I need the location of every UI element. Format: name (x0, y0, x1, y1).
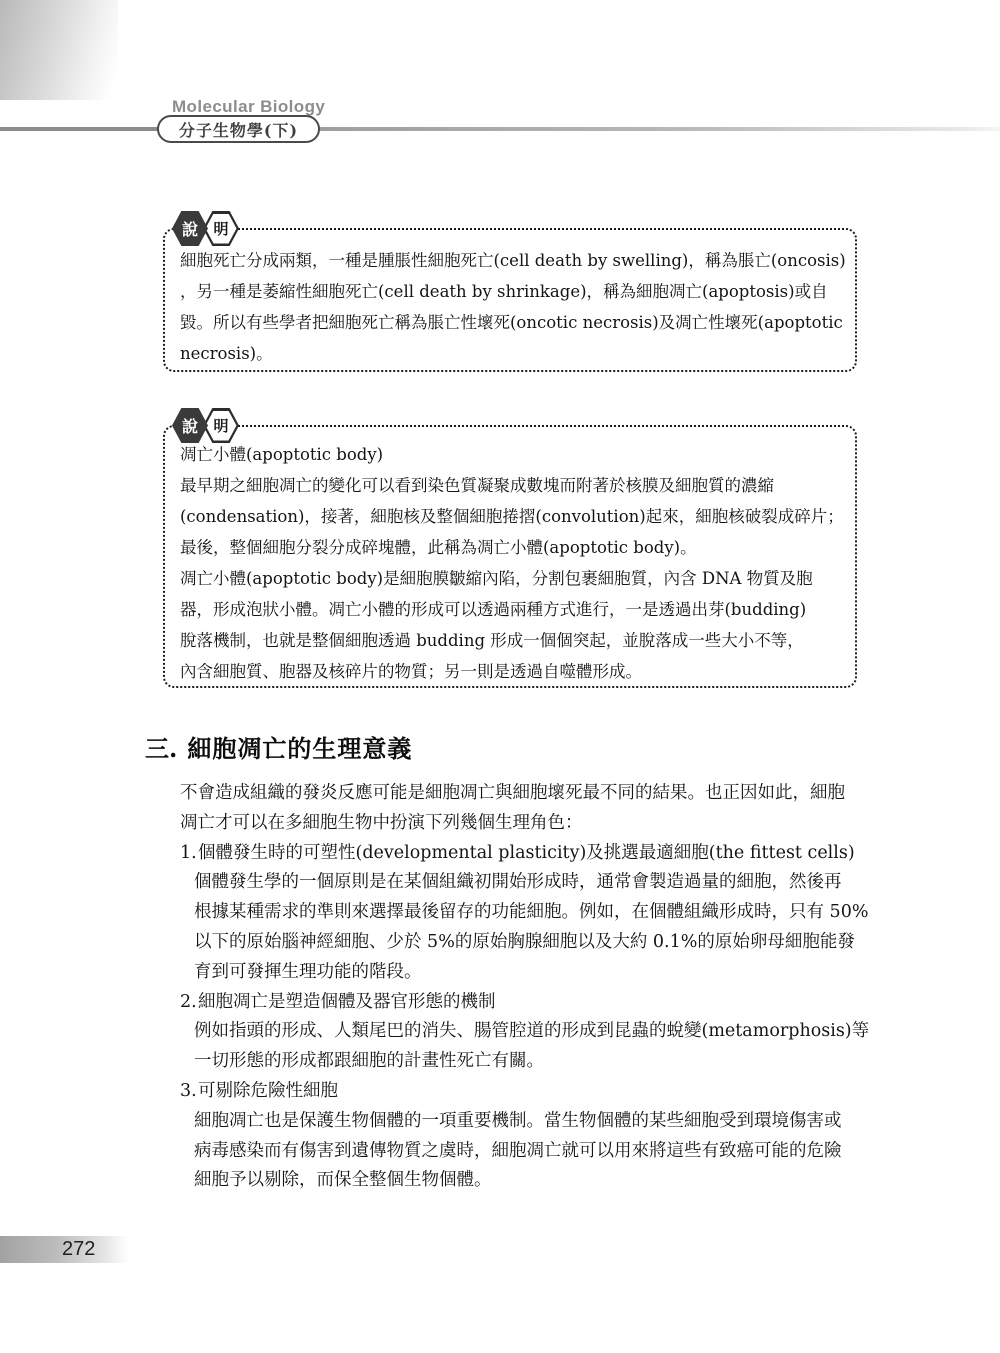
explanation-box-2: 說 明 凋亡小體(apoptotic body) 最早期之細胞凋亡的變化可以看到… (163, 425, 857, 688)
list-item-line: 以下的原始腦神經細胞、少於 5%的原始胸腺細胞以及大約 0.1%的原始卵母細胞能… (194, 928, 870, 958)
intro-line: 不會造成組織的發炎反應可能是細胞凋亡與細胞壞死最不同的結果。也正因如此，細胞 (180, 779, 870, 809)
list-item-3: 3.可剔除危險性細胞 細胞凋亡也是保護生物個體的一項重要機制。當生物個體的某些細… (180, 1077, 870, 1196)
list-item-number: 1. (180, 839, 198, 869)
note-line: necrosis)。 (180, 338, 841, 369)
header-rule-left (0, 127, 162, 131)
explanation-box-1: 說 明 細胞死亡分成兩類，一種是腫脹性細胞死亡(cell death by sw… (163, 228, 857, 372)
list-item-2: 2.細胞凋亡是塑造個體及器官形態的機制 例如指頭的形成、人類尾巴的消失、腸管腔道… (180, 988, 870, 1077)
list-item-line: 根據某種需求的準則來選擇最後留存的功能細胞。例如，在個體組織形成時，只有 50% (194, 898, 870, 928)
list-item-line: 個體發生學的一個原則是在某個組織初開始形成時，通常會製造過量的細胞，然後再 (194, 868, 870, 898)
book-page: Molecular Biology 分子生物學(下) 說 明 細胞死亡分成兩類，… (0, 0, 1000, 1353)
header-title-english: Molecular Biology (172, 97, 325, 117)
list-item-line: 病毒感染而有傷害到遺傳物質之虞時，細胞凋亡就可以用來將這些有致癌可能的危險 (194, 1137, 870, 1167)
list-item-line: 例如指頭的形成、人類尾巴的消失、腸管腔道的形成到昆蟲的蛻變(metamorpho… (194, 1017, 870, 1047)
note-line: (condensation)，接著，細胞核及整個細胞捲摺(convolution… (180, 501, 841, 532)
note-line: 毀。所以有些學者把細胞死亡稱為脹亡性壞死(oncotic necrosis)及凋… (180, 307, 841, 338)
list-item-line: 育到可發揮生理功能的階段。 (194, 958, 870, 988)
explanation-badge: 說 明 (172, 408, 239, 443)
page-number: 272 (0, 1238, 95, 1261)
list-item-title: 3.可剔除危險性細胞 (194, 1077, 870, 1107)
list-item-title: 2.細胞凋亡是塑造個體及器官形態的機制 (194, 988, 870, 1018)
note-line: 器，形成泡狀小體。凋亡小體的形成可以透過兩種方式進行，一是透過出芽(buddin… (180, 594, 841, 625)
shuo-hexagon-icon: 說 (172, 408, 208, 443)
list-item-title: 1.個體發生時的可塑性(developmental plasticity)及挑選… (194, 839, 870, 869)
note-line: 最早期之細胞凋亡的變化可以看到染色質凝聚成數塊而附著於核膜及細胞質的濃縮 (180, 470, 841, 501)
section-heading: 三.細胞凋亡的生理意義 (145, 729, 412, 764)
note-line: 最後，整個細胞分裂分成碎塊體，此稱為凋亡小體(apoptotic body)。 (180, 532, 841, 563)
header-rule-right (318, 127, 1000, 131)
intro-line: 凋亡才可以在多細胞生物中扮演下列幾個生理角色： (180, 809, 870, 839)
section-title: 細胞凋亡的生理意義 (187, 734, 412, 763)
shuo-hexagon-icon: 說 (172, 211, 208, 246)
section-number: 三. (145, 734, 177, 763)
corner-gradient-decoration (0, 0, 118, 100)
explanation-badge: 說 明 (172, 211, 239, 246)
list-item-number: 2. (180, 988, 198, 1018)
page-number-strip: 272 (0, 1236, 128, 1263)
list-item-1: 1.個體發生時的可塑性(developmental plasticity)及挑選… (180, 839, 870, 988)
note-line: ，另一種是萎縮性細胞死亡(cell death by shrinkage)，稱為… (180, 276, 841, 307)
list-item-line: 細胞凋亡也是保護生物個體的一項重要機制。當生物個體的某些細胞受到環境傷害或 (194, 1107, 870, 1137)
header-title-chinese-pill: 分子生物學(下) (157, 115, 320, 143)
ming-hexagon-icon: 明 (203, 211, 239, 246)
list-item-line: 一切形態的形成都跟細胞的計畫性死亡有關。 (194, 1047, 870, 1077)
note-line: 內含細胞質、胞器及核碎片的物質；另一則是透過自噬體形成。 (180, 656, 841, 687)
note-line: 脫落機制，也就是整個細胞透過 budding 形成一個個突起，並脫落成一些大小不… (180, 625, 841, 656)
ming-hexagon-icon: 明 (203, 408, 239, 443)
note-line: 凋亡小體(apoptotic body)是細胞膜皺縮內陷，分割包裹細胞質，內含 … (180, 563, 841, 594)
note-line: 凋亡小體(apoptotic body) (180, 439, 841, 470)
list-item-number: 3. (180, 1077, 198, 1107)
note-line: 細胞死亡分成兩類，一種是腫脹性細胞死亡(cell death by swelli… (180, 245, 841, 276)
list-item-line: 細胞予以剔除，而保全整個生物個體。 (194, 1166, 870, 1196)
body-text-block: 不會造成組織的發炎反應可能是細胞凋亡與細胞壞死最不同的結果。也正因如此，細胞 凋… (180, 779, 870, 1196)
